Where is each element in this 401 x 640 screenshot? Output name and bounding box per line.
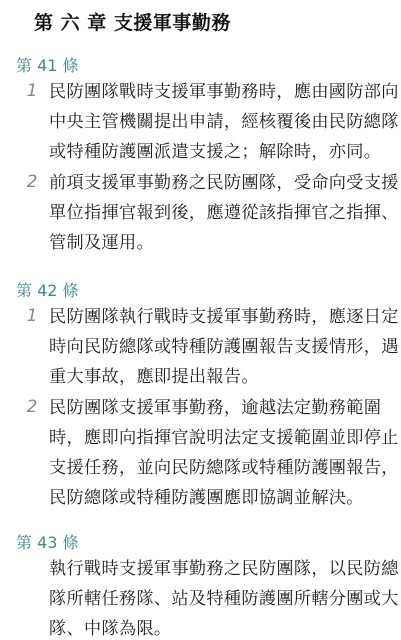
text-line: 重大事故，應即提出報告。 [49, 362, 379, 392]
text-line: 執行戰時支援軍事勤務之民防團隊，以民防總 [49, 554, 379, 584]
text-line: 時，應即向指揮官說明法定支援範圍並即停止 [49, 423, 379, 453]
text-line: 前項支援軍事勤務之民防團隊，受命向受支援 [49, 168, 379, 198]
text-line: 隊、中隊為限。 [49, 614, 379, 640]
paragraph-number: 1 [24, 81, 40, 101]
text-line: 隊所轄任務隊、站及特種防護團所轄分團或大 [49, 584, 379, 614]
paragraph-number: 2 [24, 397, 40, 417]
text-line: 管制及運用。 [49, 228, 379, 258]
paragraph-text: 民防團隊戰時支援軍事勤務時，應由國防部向 中央主管機關提出申請，經核覆後由民防總… [49, 77, 379, 167]
text-line: 支援任務，並向民防總隊或特種防護團報告， [49, 453, 379, 483]
text-line: 或特種防護團派遣支援之；解除時，亦同。 [49, 137, 379, 167]
paragraph-text: 民防團隊執行戰時支援軍事勤務時，應逐日定 時向民防總隊或特種防護團報告支援情形，… [49, 302, 379, 392]
text-line: 時向民防總隊或特種防護團報告支援情形，遇 [49, 332, 379, 362]
text-line: 中央主管機關提出申請，經核覆後由民防總隊 [49, 107, 379, 137]
text-line: 單位指揮官報到後，應遵從該指揮官之指揮、 [49, 198, 379, 228]
paragraph-text: 民防團隊支援軍事勤務，逾越法定勤務範圍 時，應即向指揮官說明法定支援範圍並即停止… [49, 393, 379, 513]
article-heading-41[interactable]: 第 41 條 [16, 53, 79, 76]
chapter-title: 第 六 章 支援軍事勤務 [34, 8, 231, 35]
article-heading-43[interactable]: 第 43 條 [16, 530, 79, 553]
paragraph-text: 前項支援軍事勤務之民防團隊，受命向受支援 單位指揮官報到後，應遵從該指揮官之指揮… [49, 168, 379, 258]
paragraph-text: 執行戰時支援軍事勤務之民防團隊，以民防總 隊所轄任務隊、站及特種防護團所轄分團或… [49, 554, 379, 640]
paragraph-number: 1 [24, 306, 40, 326]
text-line: 民防總隊或特種防護團應即協調並解決。 [49, 483, 379, 513]
text-line: 民防團隊支援軍事勤務，逾越法定勤務範圍 [49, 393, 379, 423]
article-heading-42[interactable]: 第 42 條 [16, 278, 79, 301]
text-line: 民防團隊執行戰時支援軍事勤務時，應逐日定 [49, 302, 379, 332]
paragraph-number: 2 [24, 172, 40, 192]
text-line: 民防團隊戰時支援軍事勤務時，應由國防部向 [49, 77, 379, 107]
